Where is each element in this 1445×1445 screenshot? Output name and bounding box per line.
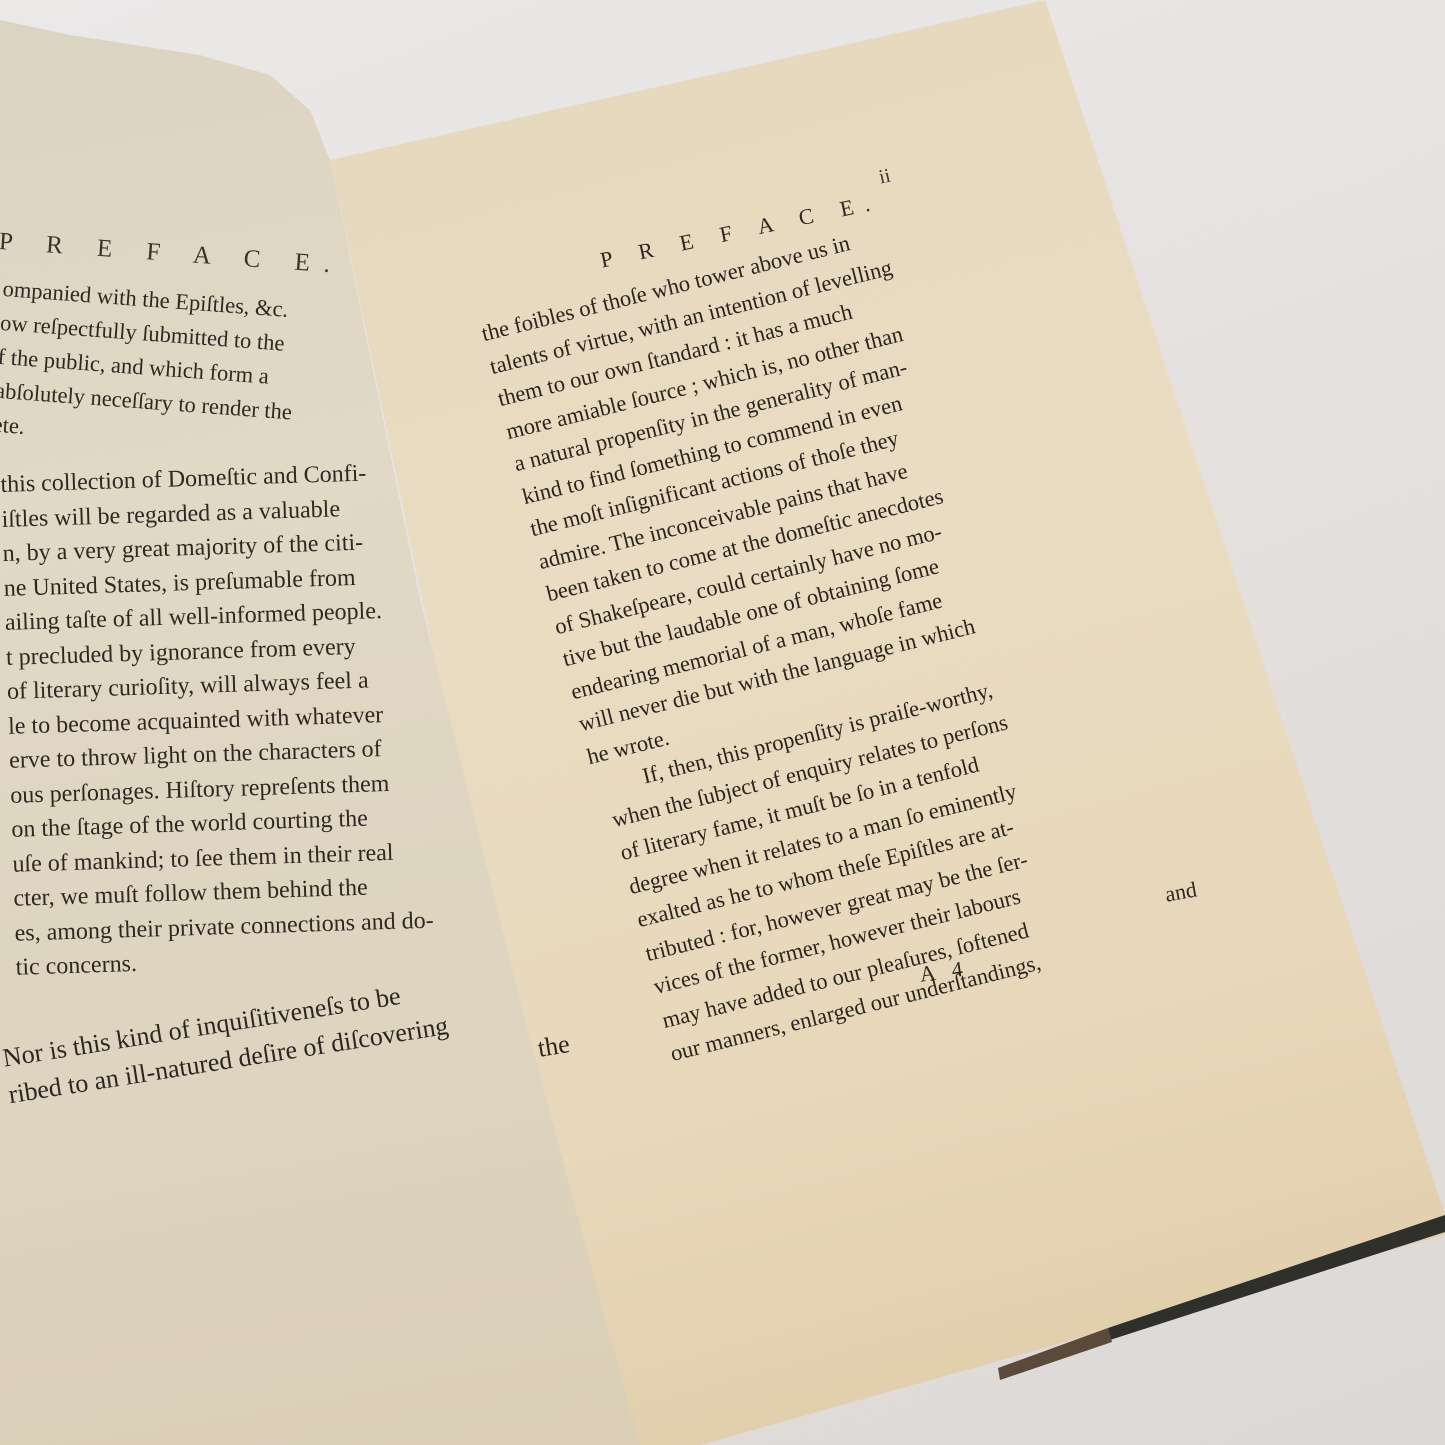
book-photo: P R E F A C E. ompanied with the Epiſtle… — [0, 0, 1445, 1445]
catchword: and — [1163, 876, 1199, 907]
left-paragraph-1: ompanied with the Epiſtles, &c. ow reſpe… — [0, 272, 301, 463]
left-paragraph-2: this collection of Domeſtic and Confi- i… — [0, 455, 435, 985]
